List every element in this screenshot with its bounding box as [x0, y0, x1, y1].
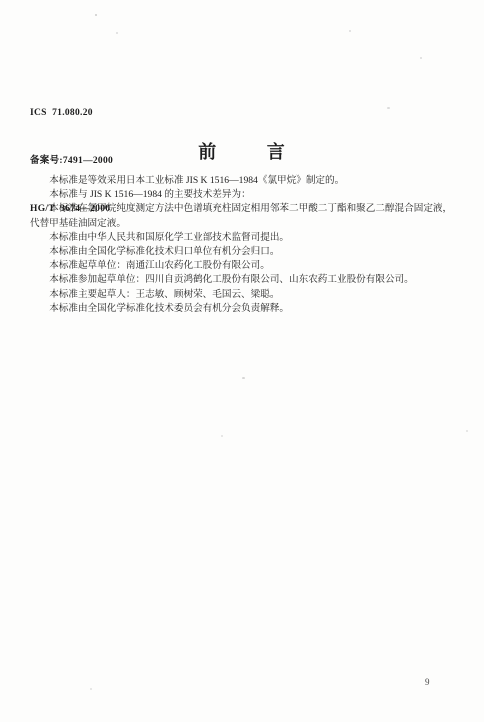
foreword-title: 前 言	[30, 138, 454, 164]
scan-speckle	[221, 435, 223, 437]
scan-speckle	[90, 688, 92, 690]
foreword-paragraph: 本标准参加起草单位：四川自贡鸿鹤化工股份有限公司、山东农药工业股份有限公司。	[30, 273, 455, 287]
foreword-paragraph: 本标准起草单位：南通江山农药化工股份有限公司。	[30, 259, 455, 273]
foreword-paragraph: 本标准在氯甲烷纯度测定方法中色谱填充柱固定相用邻苯二甲酸二丁酯和聚乙二醇混合固定…	[30, 202, 455, 230]
foreword-body: 本标准是等效采用日本工业标准 JIS K 1516—1984《氯甲烷》制定的。 …	[30, 174, 455, 316]
foreword-title-char-second: 言	[267, 142, 286, 162]
scan-speckle	[466, 430, 468, 432]
ics-code: ICS 71.080.20	[30, 105, 113, 121]
foreword-paragraph: 本标准是等效采用日本工业标准 JIS K 1516—1984《氯甲烷》制定的。	[30, 174, 455, 188]
foreword-paragraph: 本标准由全国化学标准化技术归口单位有机分会归口。	[30, 245, 455, 259]
scan-speckle	[387, 107, 390, 109]
page-number: 9	[425, 677, 430, 687]
foreword-paragraph: 本标准由中华人民共和国原化学工业部技术监督司提出。	[30, 231, 455, 245]
scanned-document-page: ICS 71.080.20 备案号:7491—2000 HG/T 3674—20…	[0, 0, 484, 722]
scan-speckle	[420, 57, 422, 59]
scan-speckle	[349, 30, 351, 32]
foreword-paragraph: 本标准与 JIS K 1516—1984 的主要技术差异为：	[30, 188, 455, 202]
foreword-title-char-first: 前	[198, 142, 217, 162]
scan-speckle	[116, 32, 118, 34]
scan-speckle	[242, 377, 245, 379]
foreword-paragraph: 本标准由全国化学标准化技术委员会有机分会负责解释。	[30, 302, 455, 316]
scan-speckle	[95, 14, 97, 16]
foreword-paragraph: 本标准主要起草人：王志敏、顾树荣、毛国云、梁聪。	[30, 288, 455, 302]
